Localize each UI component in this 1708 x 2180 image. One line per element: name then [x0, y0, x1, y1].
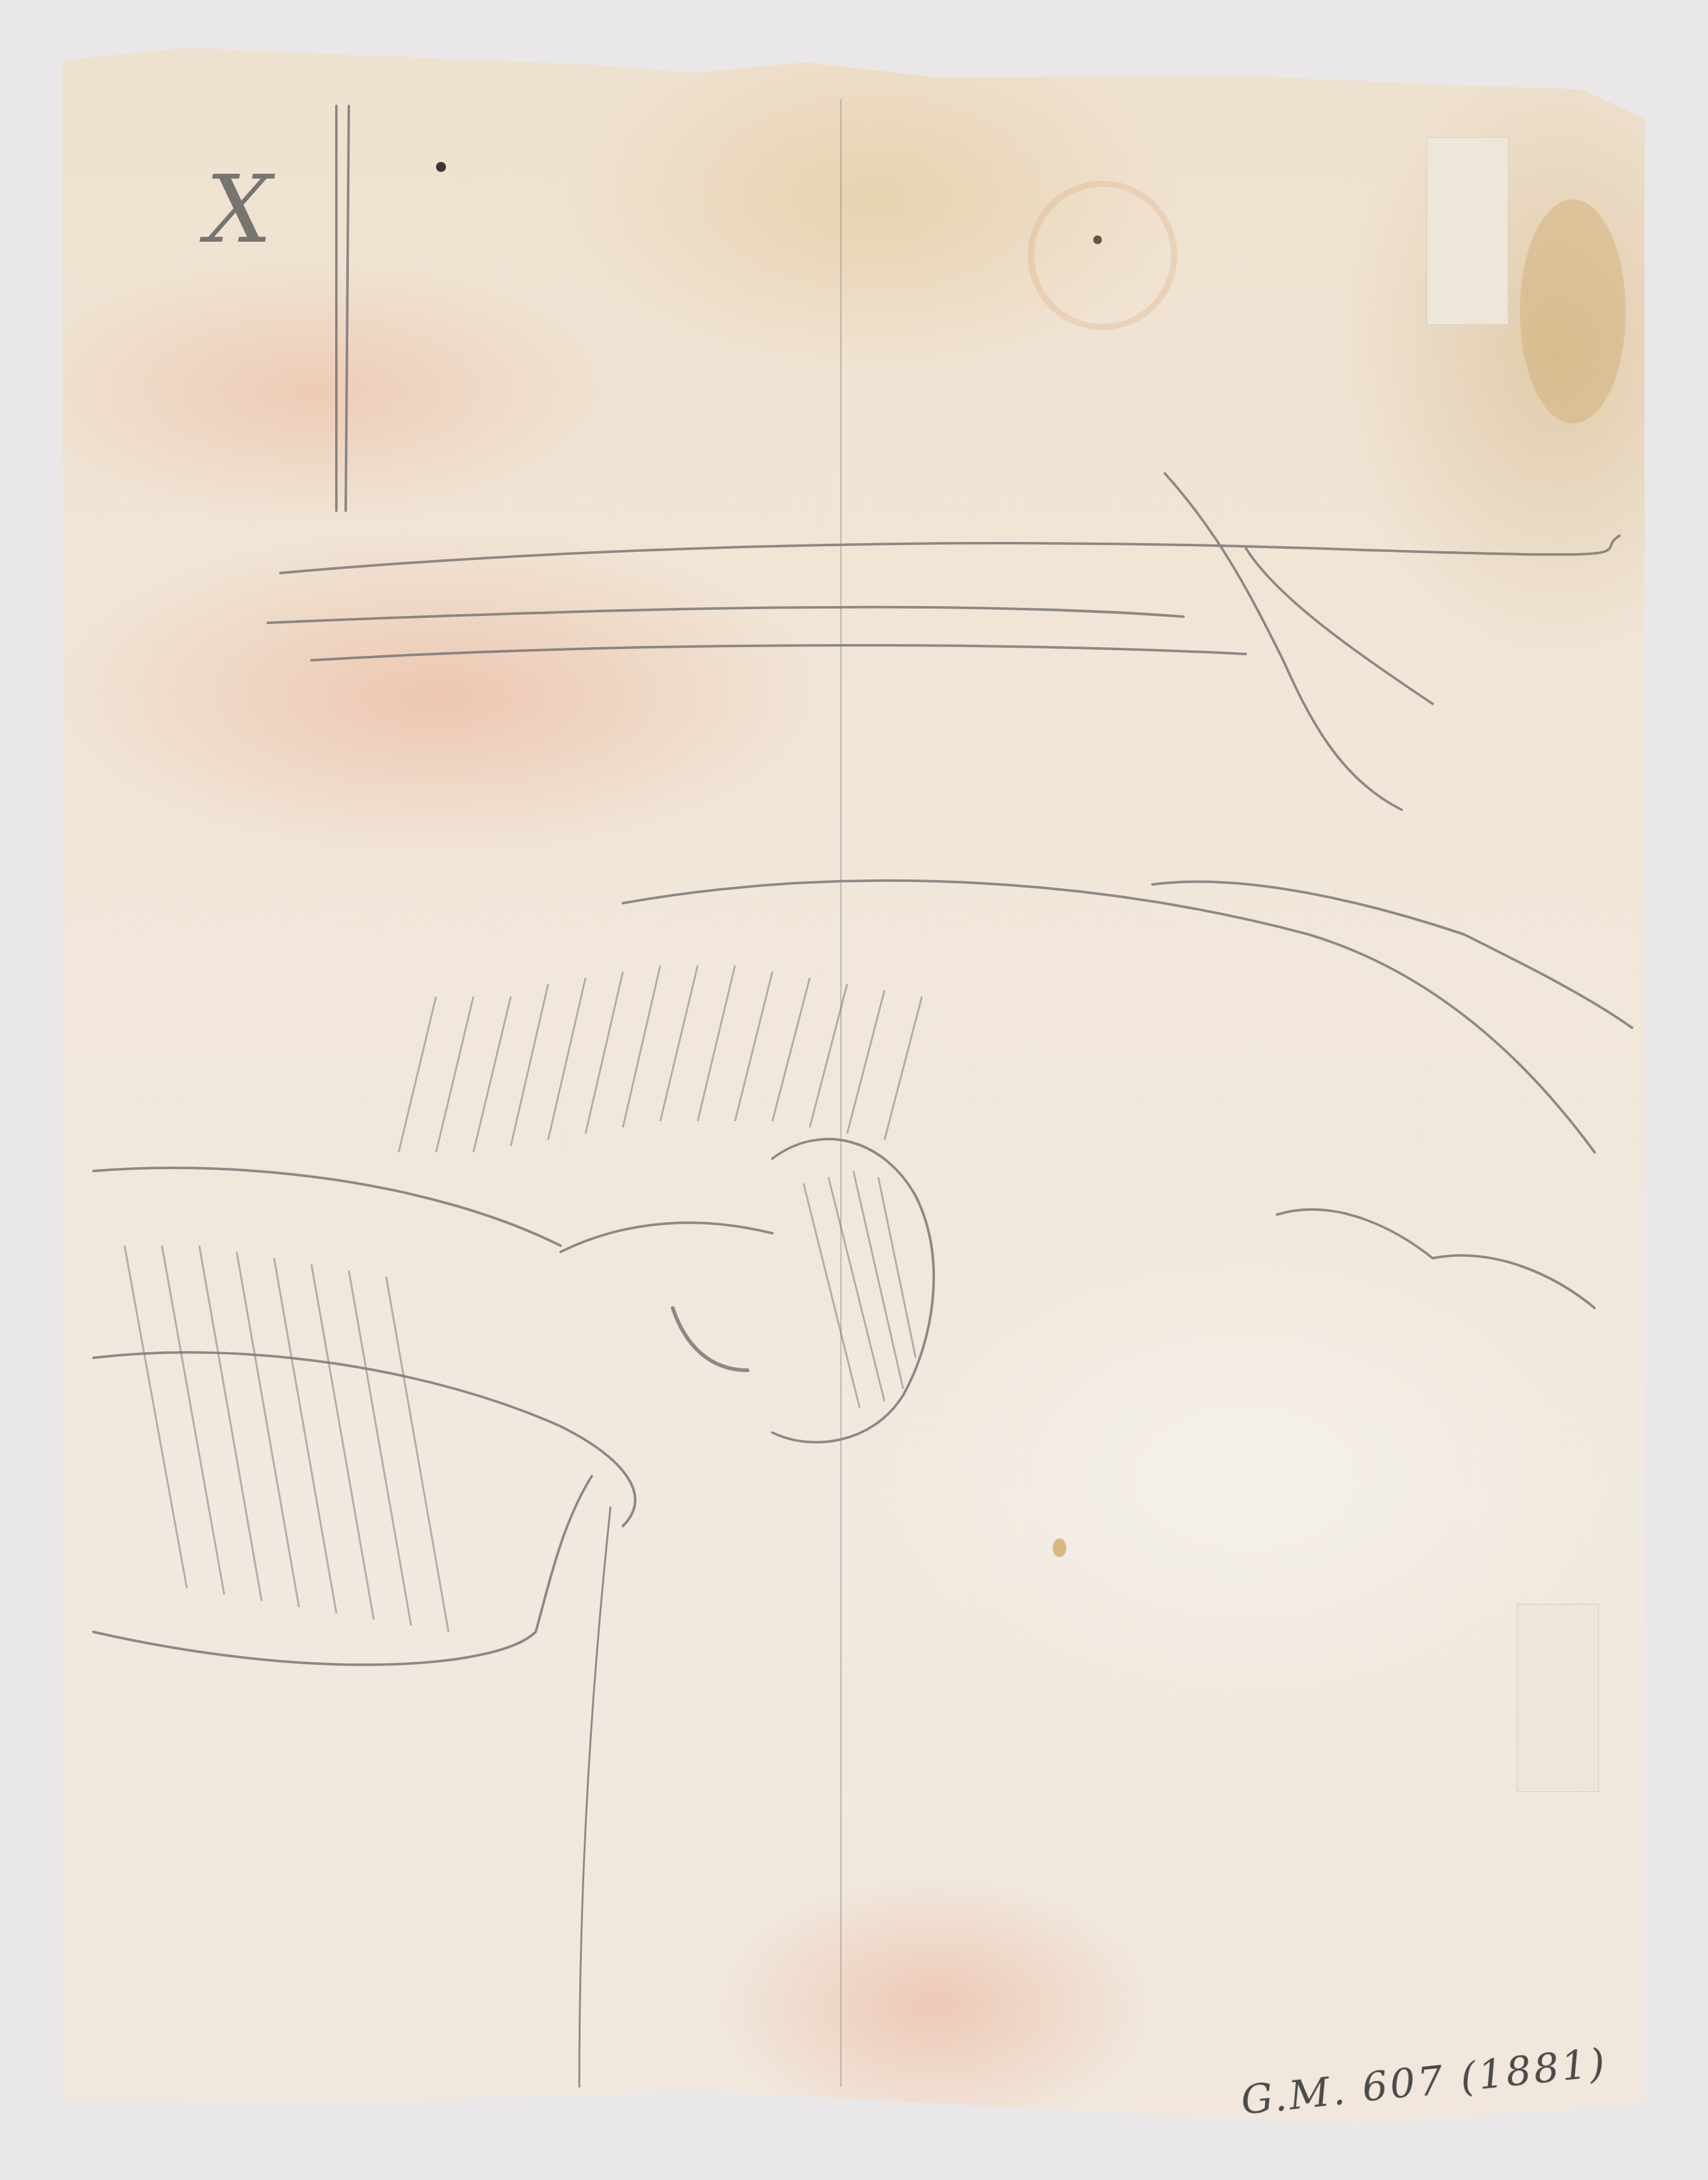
water-stain [1520, 199, 1626, 424]
ring-stain [1028, 181, 1177, 330]
hinge-tab-right-edge [1517, 1604, 1599, 1792]
paper-sheet [62, 44, 1644, 2124]
inscription-top-left: X [206, 156, 272, 264]
foxing-spot [1053, 1538, 1066, 1557]
foxing-spot [436, 162, 446, 172]
foxing-spot [1093, 235, 1102, 244]
hinge-tab-top-right [1426, 137, 1509, 325]
